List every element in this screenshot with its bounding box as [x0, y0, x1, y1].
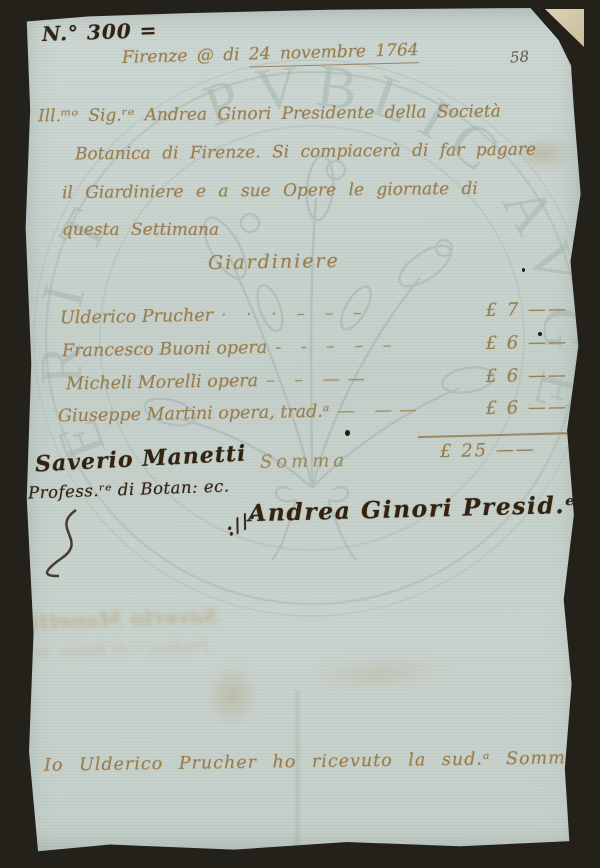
ink-speck: [538, 332, 542, 336]
watermark-stamp: ERIT PVBLIC AVGE: [20, 8, 584, 853]
total-label: Somma: [260, 450, 348, 473]
row-name: Francesco Buoni opera: [62, 338, 268, 362]
ledger-row: Giuseppe Martini opera, trad.ᵃ — —— £ 6 …: [58, 397, 568, 427]
paper-texture: [20, 8, 584, 853]
row-leader: — ——: [329, 399, 485, 422]
row-name: Ulderico Prucher: [60, 306, 213, 329]
total-rule: [418, 432, 582, 438]
signature-flourish: [42, 506, 102, 581]
ink-speck: [522, 268, 525, 272]
row-name: Giuseppe Martini opera, trad.ᵃ: [58, 402, 330, 427]
bleedthrough-signature-name: Saverio Manetti: [30, 603, 218, 635]
row-name: Micheli Morelli opera: [66, 371, 258, 394]
row-leader: - - – – –: [267, 334, 486, 358]
ledger-row: Micheli Morelli opera – – —— £ 6 ——: [66, 365, 568, 395]
ledger-row: Francesco Buoni opera - - – – – £ 6 ——: [62, 332, 568, 362]
salutation-line: Botanica di Firenze. Si compiacerà di fa…: [75, 140, 536, 165]
salutation-line: Ill.ᵐᵒ Sig.ʳᵉ Andrea Ginori Presidente d…: [38, 102, 501, 127]
receipt-line: Io Ulderico Prucher ho ricevuto la sud.ᵃ…: [44, 748, 577, 775]
paper-sheet: ERIT PVBLIC AVGE N.° 300 =: [20, 8, 584, 853]
dateline-underlined: 24 novembre 1764: [249, 40, 419, 67]
signature-left-name: Saverio Manetti: [34, 440, 247, 477]
page-number: 58: [509, 47, 529, 66]
salutation-line: questa Settimana: [62, 220, 219, 240]
row-leader: – – ——: [258, 367, 486, 391]
row-amount: £ 7 ——: [485, 299, 568, 321]
row-amount: £ 6 ——: [485, 365, 568, 387]
stain: [205, 663, 260, 728]
crease-line: [296, 690, 299, 858]
signature-right-name: Andrea Ginori Presid.ᵉ: [248, 491, 578, 528]
row-amount: £ 6 ——: [485, 397, 568, 419]
total-amount: £ 25 ——: [440, 439, 536, 463]
signature-left-title: Profess.ʳᵉ di Botan: ec.: [28, 476, 230, 502]
stain: [304, 652, 456, 696]
bleedthrough-signature-title: Profess.ʳᵉ di Botan: ec.: [25, 637, 209, 662]
dateline: Firenze @ di 24 novembre 1764: [122, 40, 419, 68]
dateline-prefix: Firenze @ di: [122, 45, 240, 68]
ink-speck: [345, 430, 350, 436]
photograph-background: { "document": { "number": "N.° 300 =", "…: [0, 0, 600, 868]
row-leader: · · · – – –: [213, 301, 486, 326]
section-heading: Giardiniere: [208, 250, 340, 274]
row-amount: £ 6 ——: [485, 332, 568, 354]
ledger-row: Ulderico Prucher · · · – – – £ 7 ——: [60, 299, 568, 329]
doc-number: N.° 300 =: [42, 18, 158, 46]
salutation-line: il Giardiniere e a sue Opere le giornate…: [62, 179, 478, 203]
